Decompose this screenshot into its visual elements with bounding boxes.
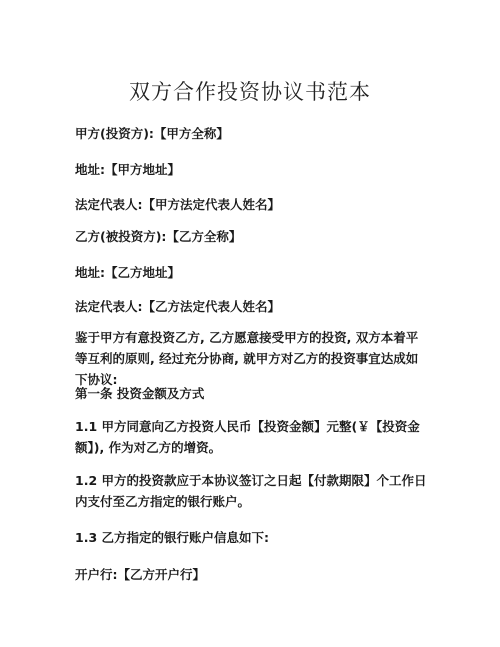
party-b-representative: 法定代表人:【乙方法定代表人姓名】 xyxy=(75,297,280,315)
article-1-heading: 第一条 投资金额及方式 xyxy=(75,384,204,402)
clause-1-3: 1.3 乙方指定的银行账户信息如下: xyxy=(75,528,269,546)
party-a-address: 地址:【甲方地址】 xyxy=(75,160,180,178)
party-a-representative: 法定代表人:【甲方法定代表人姓名】 xyxy=(75,195,280,213)
party-a-name: 甲方(投资方):【甲方全称】 xyxy=(75,124,229,142)
clause-1-2: 1.2 甲方的投资款应于本协议签订之日起【付款期限】个工作日内支付至乙方指定的银… xyxy=(75,470,430,512)
bank-name-line: 开户行:【乙方开户行】 xyxy=(75,565,205,583)
preamble-paragraph: 鉴于甲方有意投资乙方, 乙方愿意接受甲方的投资, 双方本着平等互利的原则, 经过… xyxy=(75,327,430,390)
document-title: 双方合作投资协议书范本 xyxy=(0,76,500,106)
party-b-address: 地址:【乙方地址】 xyxy=(75,263,180,281)
party-b-name: 乙方(被投资方):【乙方全称】 xyxy=(75,227,241,245)
clause-1-1: 1.1 甲方同意向乙方投资人民币【投资金额】元整(￥【投资金额】), 作为对乙方… xyxy=(75,416,430,458)
document-page: 双方合作投资协议书范本 甲方(投资方):【甲方全称】 地址:【甲方地址】 法定代… xyxy=(0,0,500,647)
